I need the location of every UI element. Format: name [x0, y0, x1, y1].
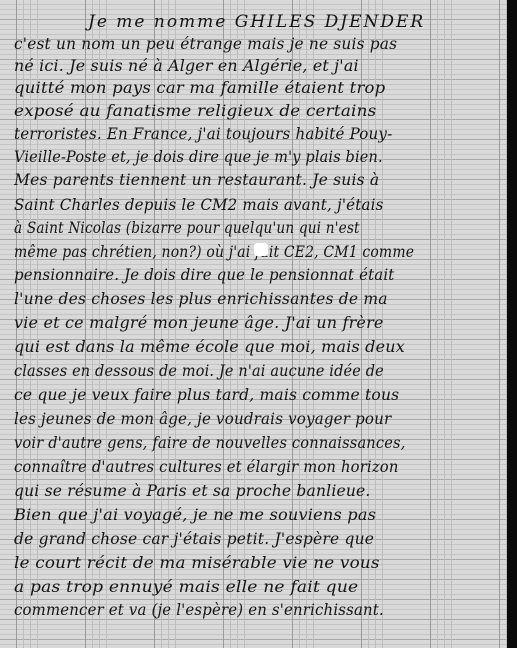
text-line: l'une des choses les plus enrichissantes… [14, 290, 388, 308]
page-title: Je me nomme GHILES DJENDER [88, 12, 425, 32]
text-line: commencer et va (je l'espère) en s'enric… [14, 601, 384, 619]
text-line: exposé au fanatisme religieux de certain… [14, 102, 376, 120]
text-line: quitté mon pays car ma famille étaient t… [14, 79, 385, 97]
text-line: les jeunes de mon âge, je voudrais voyag… [14, 410, 391, 428]
white-blemish [254, 243, 268, 256]
text-line: le court récit de ma misérable vie ne vo… [14, 554, 380, 572]
text-line: Vieille-Poste et, je dois dire que je m'… [14, 148, 383, 166]
text-line: Mes parents tiennent un restaurant. Je s… [14, 171, 379, 189]
text-line: terroristes. En France, j'ai toujours ha… [14, 125, 392, 143]
text-line: voir d'autre gens, faire de nouvelles co… [14, 434, 406, 452]
text-line: connaître d'autres cultures et élargir m… [14, 458, 399, 476]
lined-paper-page: Je me nomme GHILES DJENDER c'est un nom … [0, 0, 507, 648]
text-line: qui est dans la même école que moi, mais… [14, 338, 405, 356]
text-line: Bien que j'ai voyagé, je ne me souviens … [14, 506, 376, 524]
page-edge-shadow [507, 0, 517, 648]
text-line: c'est un nom un peu étrange mais je ne s… [14, 35, 397, 53]
text-line: vie et ce malgré mon jeune âge. J'ai un … [14, 314, 384, 332]
text-line: même pas chrétien, non?) où j'ai fait CE… [14, 243, 414, 261]
text-line: de grand chose car j'étais petit. J'espè… [14, 530, 374, 548]
text-line: à Saint Nicolas (bizarre pour quelqu'un … [14, 219, 360, 237]
text-line: ce que je veux faire plus tard, mais com… [14, 386, 399, 404]
text-line: a pas trop ennuyé mais elle ne fait que [14, 578, 358, 596]
text-line: pensionnaire. Je dois dire que le pensio… [14, 266, 394, 284]
text-line: classes en dessous de moi. Je n'ai aucun… [14, 362, 384, 380]
text-line: qui se résume à Paris et sa proche banli… [14, 482, 371, 500]
text-line: Saint Charles depuis le CM2 mais avant, … [14, 196, 384, 214]
text-line: né ici. Je suis né à Alger en Algérie, e… [14, 57, 359, 75]
